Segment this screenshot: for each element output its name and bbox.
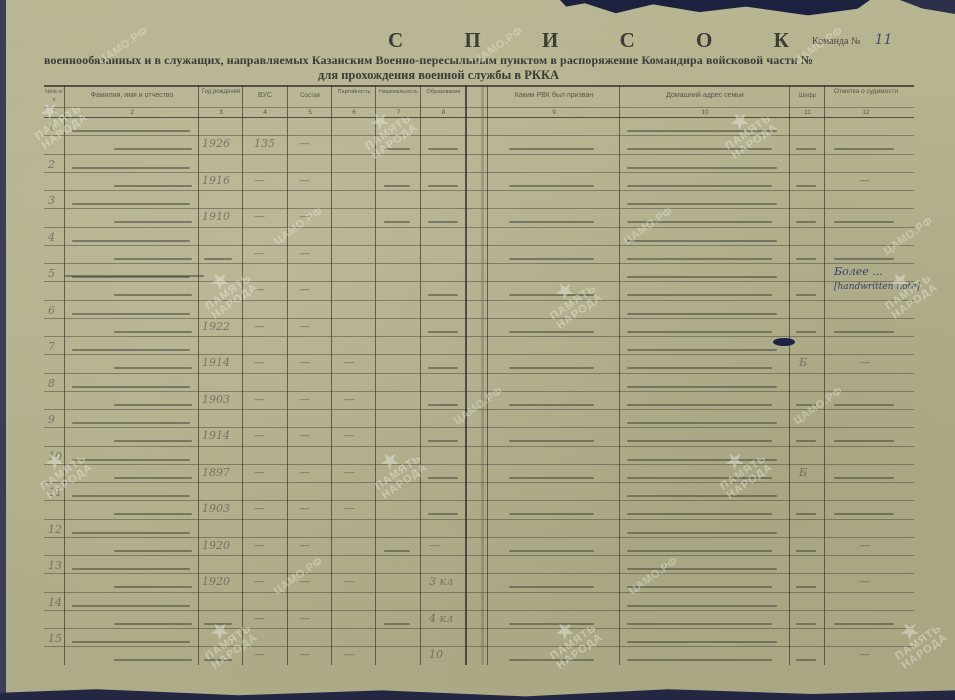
handwriting-illegible: [627, 532, 777, 534]
handwriting-illegible: [72, 605, 190, 607]
row-number: 11: [48, 486, 62, 499]
colnum-3: 3: [200, 109, 242, 116]
header-col-8: Образование: [422, 88, 465, 96]
command-number: Команда №11: [812, 32, 892, 48]
vus-value: —: [254, 648, 265, 661]
handwriting-illegible: [384, 623, 410, 625]
handwriting-illegible: [834, 404, 894, 406]
handwriting-illegible: [627, 605, 777, 607]
party-value: —: [344, 393, 355, 406]
birth-year: 1920: [202, 539, 230, 552]
handwriting-illegible: [627, 623, 772, 625]
composition-value: —: [299, 429, 310, 442]
handwriting-illegible: [114, 331, 192, 333]
handwriting-illegible: [627, 148, 772, 150]
handwriting-illegible: [72, 568, 190, 570]
handwriting-illegible: [509, 513, 594, 515]
handwriting-illegible: [509, 294, 594, 296]
header-col-10: Домашний адрес семьи: [621, 92, 789, 100]
handwriting-illegible: [72, 422, 190, 424]
handwriting-illegible: [114, 148, 192, 150]
handwriting-illegible: [509, 185, 594, 187]
document-title: С П И С О К: [388, 28, 817, 53]
row-number: 3: [48, 194, 55, 207]
handwriting-illegible: [72, 459, 190, 461]
colnum-10: 10: [621, 109, 789, 116]
handwriting-illegible: [796, 513, 816, 515]
composition-value: —: [299, 466, 310, 479]
handwriting-illegible: [834, 513, 894, 515]
party-value: —: [344, 466, 355, 479]
handwriting-illegible: [428, 477, 458, 479]
handwriting-illegible: [204, 659, 232, 661]
header-col-12: Отметка о судимости: [826, 88, 906, 96]
handwriting-illegible: [72, 386, 190, 388]
command-number-label: Команда №: [812, 36, 861, 47]
vus-value: —: [254, 429, 265, 442]
handwriting-illegible: [428, 404, 458, 406]
header-col-6: Партийность: [333, 88, 375, 96]
command-number-value: 11: [875, 32, 893, 48]
vus-value: —: [254, 466, 265, 479]
code-value: Б: [799, 466, 807, 479]
vus-value: —: [254, 210, 265, 223]
composition-value: —: [299, 356, 310, 369]
code-value: Б: [799, 356, 807, 369]
colnum-8: 8: [422, 109, 465, 116]
handwriting-illegible: [428, 440, 458, 442]
row-number: 15: [48, 632, 62, 645]
handwriting-illegible: [204, 623, 232, 625]
handwriting-illegible: [509, 659, 594, 661]
row-number: 10: [48, 450, 62, 463]
handwriting-illegible: [796, 258, 816, 260]
handwriting-illegible: [509, 148, 594, 150]
header-col-2: Фамилия, имя и отчество: [66, 92, 198, 100]
handwriting-illegible: [114, 550, 192, 552]
vus-value: —: [254, 393, 265, 406]
handwriting-illegible: [114, 294, 192, 296]
party-value: —: [344, 648, 355, 661]
party-value: —: [344, 429, 355, 442]
row-number: 6: [48, 304, 55, 317]
party-value: —: [344, 575, 355, 588]
handwriting-illegible: [796, 185, 816, 187]
handwriting-illegible: [72, 641, 190, 643]
handwriting-illegible: [509, 550, 594, 552]
birth-year: 1897: [202, 466, 230, 479]
handwriting-illegible: [72, 130, 190, 132]
birth-year: 1903: [202, 393, 230, 406]
handwriting-illegible: [627, 331, 772, 333]
row-number: 1: [48, 121, 55, 134]
handwriting-illegible: [509, 477, 594, 479]
handwriting-illegible: [627, 568, 777, 570]
handwriting-illegible: [796, 331, 816, 333]
handwriting-illegible: [428, 331, 458, 333]
handwriting-illegible: [509, 221, 594, 223]
handwriting-illegible: [796, 550, 816, 552]
handwriting-illegible: [627, 513, 772, 515]
birth-year: 1916: [202, 174, 230, 187]
handwriting-illegible: [627, 459, 777, 461]
handwriting-illegible: [627, 367, 772, 369]
handwriting-illegible: [796, 148, 816, 150]
handwriting-illegible: [114, 513, 192, 515]
row-number: 5: [48, 267, 55, 280]
handwriting-illegible: [627, 221, 772, 223]
composition-value: —: [299, 174, 310, 187]
composition-value: —: [299, 247, 310, 260]
handwriting-illegible: [834, 221, 894, 223]
composition-value: —: [299, 648, 310, 661]
handwriting-illegible: [627, 641, 777, 643]
remark-value: —: [859, 575, 870, 588]
scanned-document-page: С П И С О К Команда №11 военнообязанных …: [0, 0, 955, 700]
composition-value: —: [299, 137, 310, 150]
composition-value: —: [299, 502, 310, 515]
handwriting-illegible: [428, 513, 458, 515]
colnum-6: 6: [333, 109, 375, 116]
education-value: 3 кл: [429, 575, 453, 588]
handwriting-illegible: [428, 185, 458, 187]
handwriting-illegible: [509, 440, 594, 442]
handwriting-illegible: [796, 659, 816, 661]
composition-value: —: [299, 393, 310, 406]
remark-value: —: [859, 648, 870, 661]
torn-edge-top-right: [900, 0, 955, 14]
handwriting-illegible: [72, 349, 190, 351]
handwriting-illegible: [509, 258, 594, 260]
vus-value: —: [254, 356, 265, 369]
scan-edge-left: [0, 0, 6, 700]
composition-value: —: [299, 539, 310, 552]
handwriting-illegible: [509, 623, 594, 625]
composition-value: —: [299, 575, 310, 588]
colnum-7: 7: [377, 109, 420, 116]
colnum-4: 4: [244, 109, 286, 116]
handwriting-illegible: [509, 367, 594, 369]
handwriting-illegible: [509, 331, 594, 333]
remark-value: —: [859, 356, 870, 369]
handwriting-illegible: [834, 623, 894, 625]
vus-value: —: [254, 539, 265, 552]
handwriting-illegible: [114, 404, 192, 406]
handwriting-illegible: [834, 477, 894, 479]
row-number: 4: [48, 231, 55, 244]
handwriting-illegible: [64, 275, 204, 277]
vus-value: —: [254, 174, 265, 187]
handwriting-illegible: [114, 477, 192, 479]
handwriting-illegible: [627, 404, 772, 406]
handwriting-illegible: [428, 221, 458, 223]
header-col-9: Каким РВК был призван: [489, 92, 619, 100]
vus-value: —: [254, 247, 265, 260]
torn-edge-top: [560, 0, 870, 22]
header-col-7: Национальность: [377, 88, 420, 96]
handwriting-illegible: [834, 148, 894, 150]
handwriting-illegible: [428, 294, 458, 296]
header-col-11: Шифр: [791, 92, 824, 100]
handwriting-illegible: [114, 659, 192, 661]
handwriting-illegible: [627, 258, 772, 260]
vus-value: 135: [254, 137, 275, 150]
handwriting-illegible: [627, 276, 777, 278]
handwriting-illegible: [72, 167, 190, 169]
handwriting-illegible: [384, 550, 410, 552]
vus-value: —: [254, 283, 265, 296]
handwriting-illegible: [114, 221, 192, 223]
remark-value: —: [859, 539, 870, 552]
handwriting-illegible: [509, 404, 594, 406]
handwriting-illegible: [509, 586, 594, 588]
row-number: 14: [48, 596, 62, 609]
handwriting-illegible: [627, 130, 777, 132]
handwriting-illegible: [627, 294, 772, 296]
handwriting-illegible: [796, 294, 816, 296]
remark-value: —: [859, 174, 870, 187]
handwriting-illegible: [796, 586, 816, 588]
handwriting-illegible: [627, 240, 777, 242]
vus-value: —: [254, 575, 265, 588]
handwriting-illegible: [384, 221, 410, 223]
handwriting-illegible: [627, 203, 777, 205]
colnum-5: 5: [289, 109, 331, 116]
handwriting-illegible: [428, 367, 458, 369]
composition-value: —: [299, 612, 310, 625]
row-number: 7: [48, 340, 55, 353]
birth-year: 1914: [202, 356, 230, 369]
birth-year: 1910: [202, 210, 230, 223]
handwriting-illegible: [72, 313, 190, 315]
handwriting-illegible: [796, 440, 816, 442]
colnum-12: 12: [826, 109, 906, 116]
composition-value: —: [299, 210, 310, 223]
handwriting-illegible: [114, 440, 192, 442]
handwriting-illegible: [627, 659, 772, 661]
birth-year: 1922: [202, 320, 230, 333]
handwriting-illegible: [627, 586, 772, 588]
colnum-2: 2: [66, 109, 198, 116]
row-number: 8: [48, 377, 55, 390]
handwriting-illegible: [204, 258, 232, 260]
handwriting-illegible: [834, 440, 894, 442]
row-number: 9: [48, 413, 55, 426]
birth-year: 1926: [202, 137, 230, 150]
handwriting-illegible: [627, 313, 777, 315]
torn-edge-bottom: [0, 688, 955, 700]
education-value: 4 кл: [429, 612, 453, 625]
header-col-1: №№ п/п: [44, 88, 64, 104]
handwriting-illegible: [627, 550, 772, 552]
handwriting-illegible: [834, 331, 894, 333]
remark-note: [handwritten note]: [834, 282, 920, 292]
handwriting-illegible: [627, 185, 772, 187]
birth-year: 1903: [202, 502, 230, 515]
handwriting-illegible: [627, 422, 777, 424]
party-value: —: [344, 502, 355, 515]
education-value: —: [429, 539, 440, 552]
row-number: 12: [48, 523, 62, 536]
ink-blot: [773, 338, 795, 346]
vus-value: —: [254, 320, 265, 333]
handwriting-illegible: [428, 148, 458, 150]
birth-year: 1914: [202, 429, 230, 442]
handwriting-illegible: [627, 386, 777, 388]
row-number: 2: [48, 158, 55, 171]
handwriting-illegible: [627, 349, 777, 351]
handwriting-illegible: [114, 367, 192, 369]
handwriting-illegible: [72, 203, 190, 205]
handwriting-illegible: [114, 185, 192, 187]
composition-value: —: [299, 283, 310, 296]
party-value: —: [344, 356, 355, 369]
handwriting-illegible: [72, 495, 190, 497]
handwriting-illegible: [114, 258, 192, 260]
handwriting-illegible: [796, 404, 816, 406]
handwriting-illegible: [114, 586, 192, 588]
handwriting-illegible: [834, 258, 894, 260]
handwriting-illegible: [384, 148, 410, 150]
colnum-1: 1: [44, 109, 64, 116]
handwriting-illegible: [384, 185, 410, 187]
header-col-3: Год рождения: [200, 88, 242, 96]
handwriting-illegible: [627, 495, 777, 497]
page-fold: [481, 85, 484, 665]
birth-year: 1920: [202, 575, 230, 588]
vus-value: —: [254, 612, 265, 625]
colnum-11: 11: [791, 109, 824, 116]
composition-value: —: [299, 320, 310, 333]
handwriting-illegible: [627, 440, 772, 442]
education-value: 10: [429, 648, 443, 661]
header-col-5: Состав: [289, 92, 331, 100]
handwriting-illegible: [114, 623, 192, 625]
remark-note: Более ...: [834, 265, 883, 278]
handwriting-illegible: [627, 477, 772, 479]
roster-table: №№ п/п Фамилия, имя и отчество Год рожде…: [44, 85, 914, 665]
vus-value: —: [254, 502, 265, 515]
handwriting-illegible: [796, 623, 816, 625]
colnum-9: 9: [489, 109, 619, 116]
handwriting-illegible: [627, 167, 777, 169]
document-subtitle-line2: для прохождения военной службы в РККА: [318, 68, 559, 83]
document-subtitle-line1: военнообязанных и в служащих, направляем…: [44, 53, 813, 68]
row-number: 13: [48, 559, 62, 572]
header-col-4: ВУС: [244, 92, 286, 100]
handwriting-illegible: [796, 221, 816, 223]
handwriting-illegible: [72, 532, 190, 534]
handwriting-illegible: [72, 240, 190, 242]
